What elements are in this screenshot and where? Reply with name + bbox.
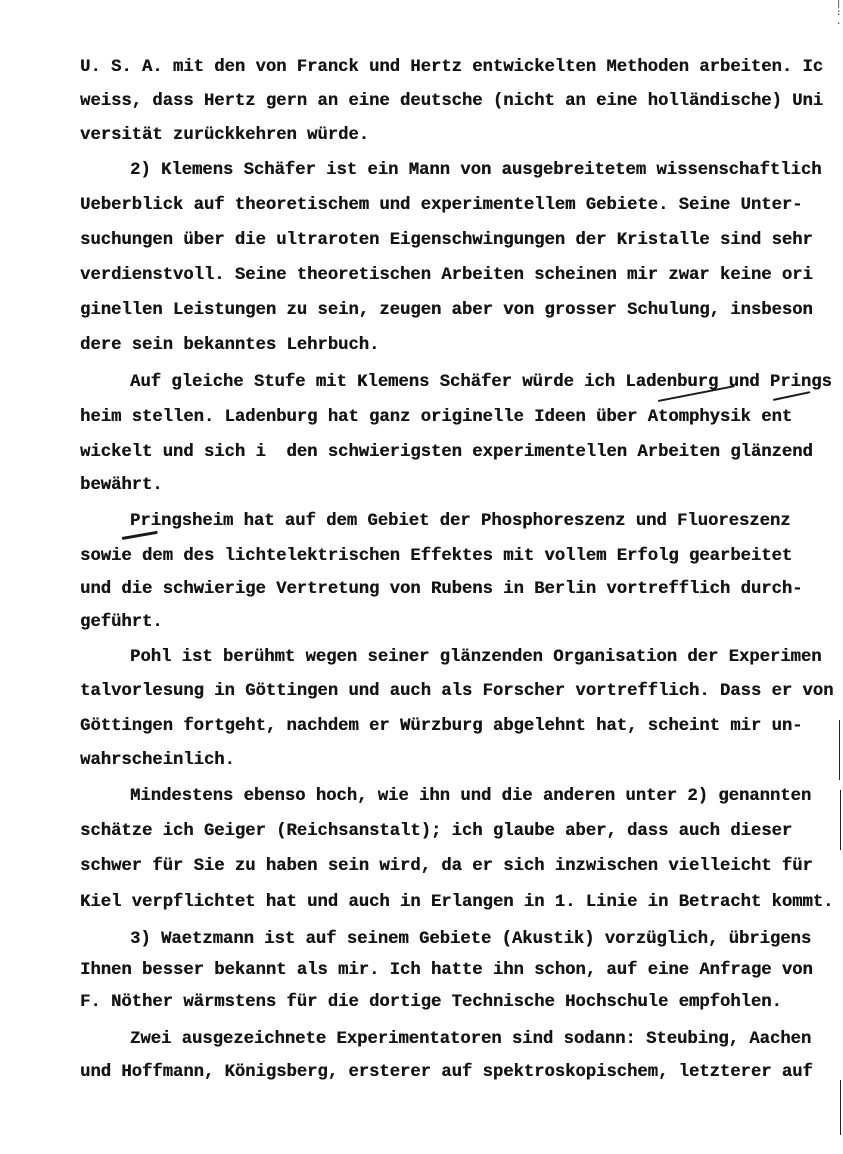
text-line: Mindestens ebenso hoch, wie ihn und die …: [130, 787, 811, 807]
text-line: und Hoffmann, Königsberg, ersterer auf s…: [80, 1063, 813, 1083]
pen-underline-mark: [122, 531, 158, 540]
text-line: U. S. A. mit den von Franck und Hertz en…: [80, 58, 823, 78]
text-line: heim stellen. Ladenburg hat ganz origine…: [80, 408, 792, 428]
text-line: geführt.: [80, 613, 163, 633]
text-line: Ihnen besser bekannt als mir. Ich hatte …: [80, 961, 813, 981]
text-line: und die schwierige Vertretung von Rubens…: [80, 580, 802, 600]
text-line: Auf gleiche Stufe mit Klemens Schäfer wü…: [130, 373, 832, 393]
text-line: schätze ich Geiger (Reichsanstalt); ich …: [80, 822, 792, 842]
text-line: 2) Klemens Schäfer ist ein Mann von ausg…: [130, 161, 821, 181]
text-line: sowie dem des lichtelektrischen Effektes…: [80, 547, 792, 567]
text-line: F. Nöther wärmstens für die dortige Tech…: [80, 993, 782, 1013]
text-line: suchungen über die ultraroten Eigenschwi…: [80, 231, 813, 251]
text-line: dere sein bekanntes Lehrbuch.: [80, 336, 379, 356]
text-line: wahrscheinlich.: [80, 751, 235, 771]
text-line: wickelt und sich i den schwierigsten exp…: [80, 443, 813, 463]
scan-edge-mark: [840, 790, 841, 850]
document-page: | : . U. S. A. mit den von Franck und He…: [0, 0, 843, 1154]
text-line: Pringsheim hat auf dem Gebiet der Phosph…: [130, 512, 791, 532]
text-line: ginellen Leistungen zu sein, zeugen aber…: [80, 301, 813, 321]
text-line: 3) Waetzmann ist auf seinem Gebiete (Aku…: [130, 930, 811, 950]
scan-edge-mark: [840, 1080, 841, 1135]
text-line: weiss, dass Hertz gern an eine deutsche …: [80, 92, 823, 112]
text-line: talvorlesung in Göttingen und auch als F…: [80, 682, 833, 702]
text-line: Göttingen fortgeht, nachdem er Würzburg …: [80, 717, 802, 737]
text-line: verdienstvoll. Seine theoretischen Arbei…: [80, 266, 813, 286]
scan-edge-mark: [839, 720, 840, 780]
text-line: bewährt.: [80, 476, 163, 496]
text-line: schwer für Sie zu haben sein wird, da er…: [80, 857, 813, 877]
text-line: versität zurückkehren würde.: [80, 126, 369, 146]
text-line: Kiel verpflichtet hat und auch in Erlang…: [80, 893, 833, 913]
text-line: Pohl ist berühmt wegen seiner glänzenden…: [130, 648, 821, 668]
corner-marks: | : .: [836, 0, 841, 27]
text-line: Zwei ausgezeichnete Experimentatoren sin…: [130, 1030, 811, 1050]
text-line: Ueberblick auf theoretischem und experim…: [80, 196, 802, 216]
